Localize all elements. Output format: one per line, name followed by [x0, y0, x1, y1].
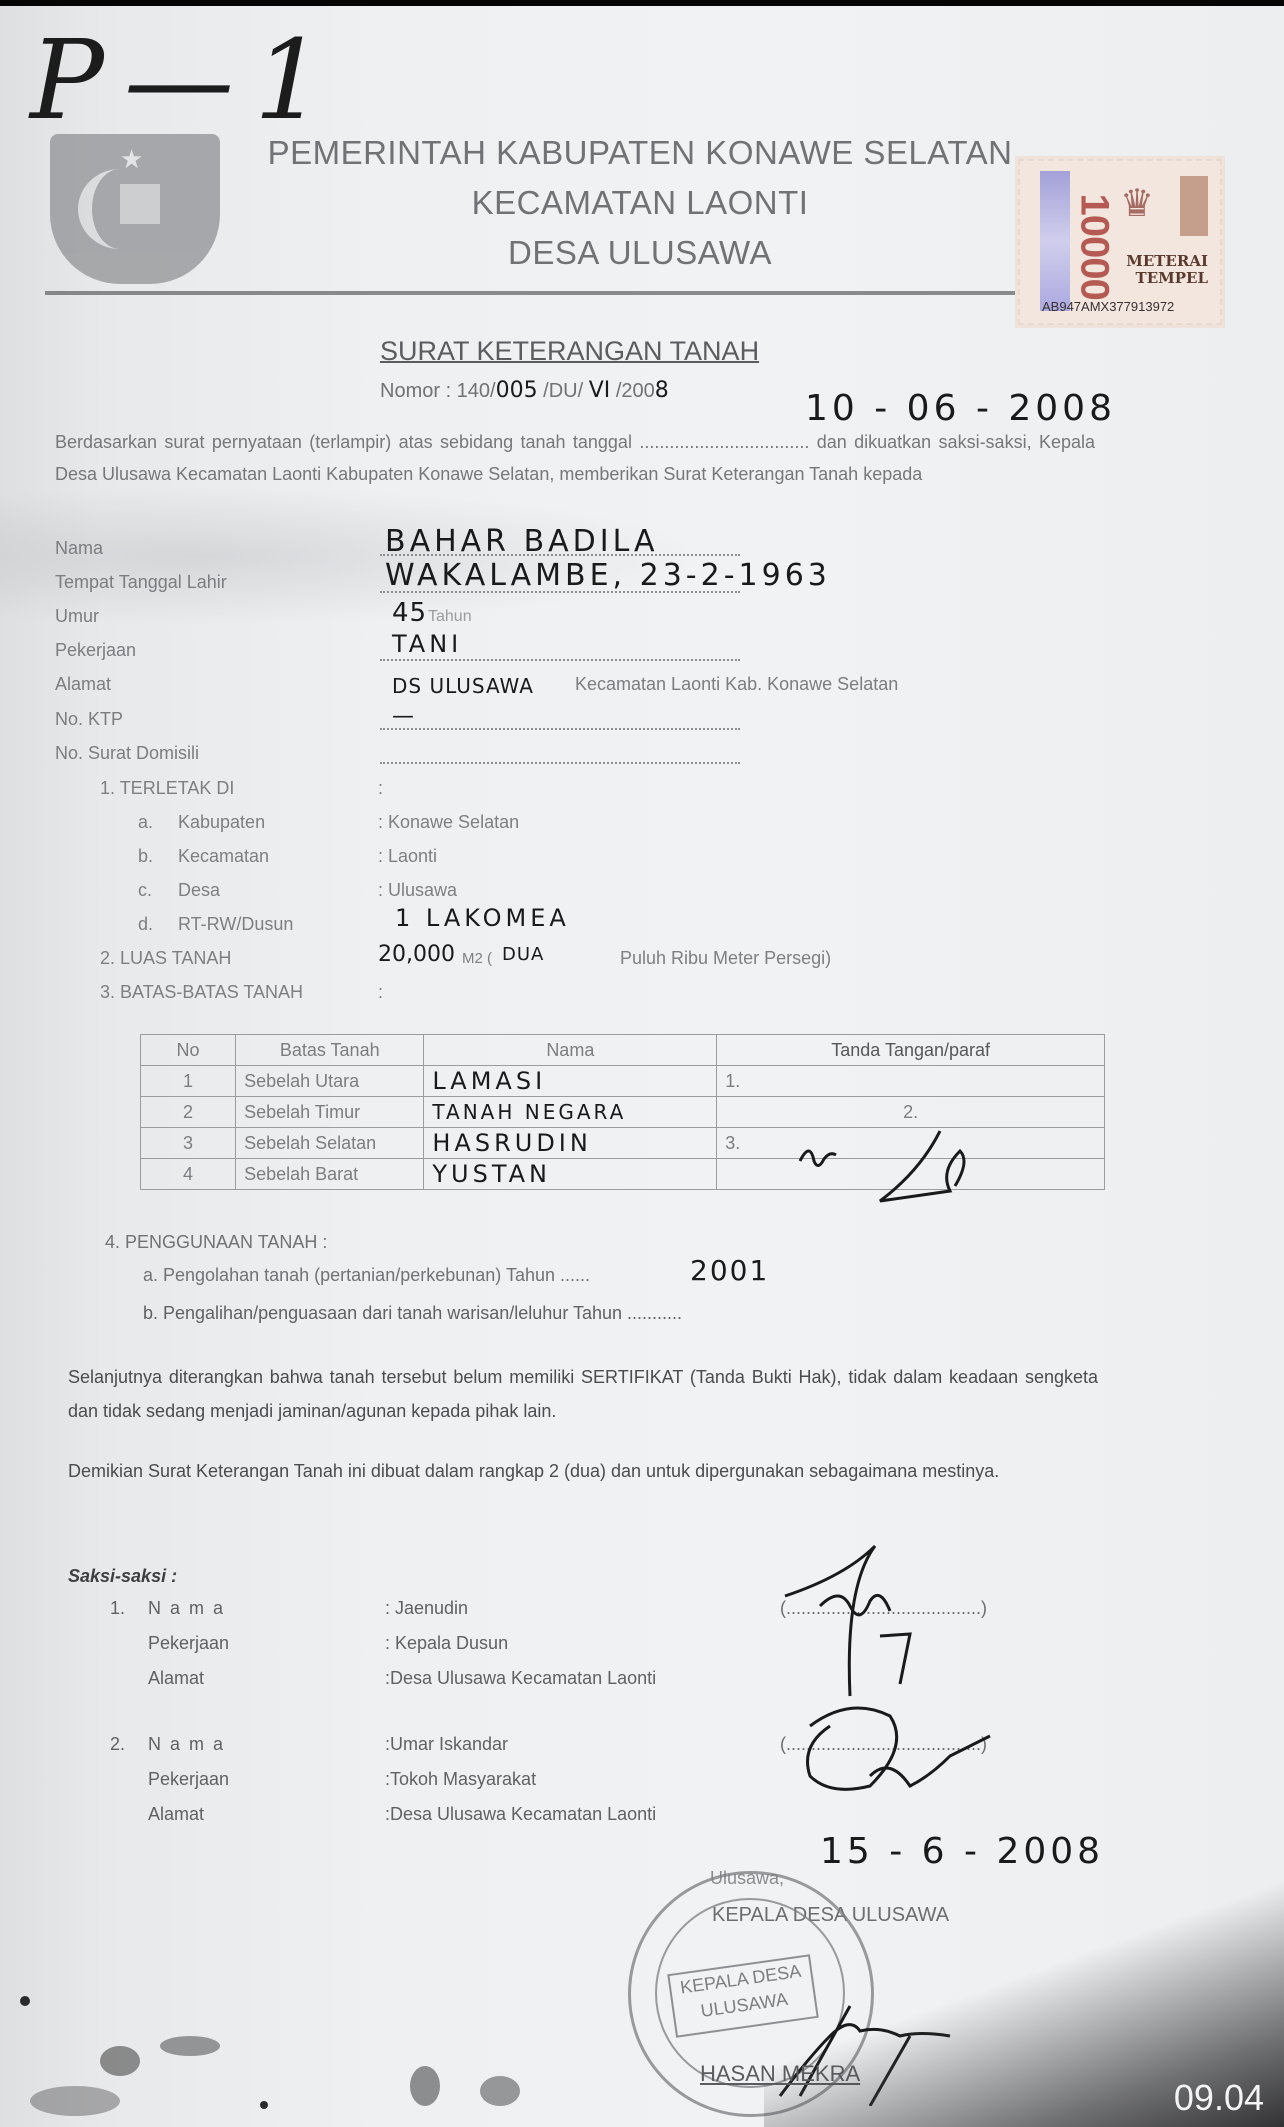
witness-2-job-label: Pekerjaan — [148, 1769, 229, 1790]
witness-1-address: :Desa Ulusawa Kecamatan Laonti — [385, 1668, 656, 1689]
number-printed-end: /200 — [610, 380, 654, 402]
label-pekerjaan: Pekerjaan — [55, 640, 136, 661]
closing-date: 15 - 6 - 2008 — [820, 1831, 1104, 1872]
letterhead-regency: PEMERINTAH KABUPATEN KONAWE SELATAN — [260, 134, 1020, 172]
letterhead-divider — [45, 291, 1025, 295]
smudge — [100, 2046, 140, 2076]
field-line — [380, 762, 740, 764]
alamat-suffix: Kecamatan Laonti Kab. Konawe Selatan — [575, 674, 898, 695]
label-nama: Nama — [55, 538, 103, 559]
cell-batas: Sebelah Selatan — [236, 1128, 424, 1159]
value-umur: 45 — [392, 598, 427, 628]
col-batas: Batas Tanah — [236, 1035, 424, 1066]
regency-coat-of-arms-icon: ★ — [50, 134, 220, 284]
value-pekerjaan: TANI — [392, 630, 462, 658]
letterhead-village: DESA ULUSAWA — [260, 234, 1020, 272]
stamp-value: 10000 — [1072, 194, 1117, 314]
boundaries-colon: : — [378, 982, 383, 1003]
location-colon: : — [378, 778, 383, 799]
certificate-statement: Selanjutnya diterangkan bahwa tanah ters… — [68, 1360, 1098, 1428]
cell-nama: TANAH NEGARA — [424, 1097, 717, 1128]
witness-1-name: : Jaenudin — [385, 1598, 468, 1619]
loc-label-kabupaten: Kabupaten — [178, 812, 265, 833]
witness-1-address-label: Alamat — [148, 1668, 204, 1689]
video-timestamp: 09.04 — [1174, 2077, 1264, 2119]
number-handwritten-3: 8 — [655, 378, 669, 403]
witness-1-job-label: Pekerjaan — [148, 1633, 229, 1654]
revenue-stamp: 10000 ♛ METERAI TEMPEL AB947AMX377913972 — [1018, 159, 1222, 325]
stamp-label: METERAI TEMPEL — [1126, 253, 1208, 287]
letterhead-district: KECAMATAN LAONTI — [260, 184, 1020, 222]
document-title: SURAT KETERANGAN TANAH — [380, 336, 759, 367]
cell-batas: Sebelah Timur — [236, 1097, 424, 1128]
stamp-decoration — [1180, 176, 1208, 236]
boundaries-heading: 3. BATAS-BATAS TANAH — [100, 982, 303, 1003]
field-line — [380, 728, 740, 730]
area-words-handwritten: DUA — [502, 944, 544, 965]
loc-key-c: c. — [138, 880, 152, 901]
stamp-label-line1: METERAI — [1126, 253, 1208, 270]
value-ktp: — — [392, 704, 418, 729]
cell-no: 3 — [141, 1128, 236, 1159]
area-value: 20,000 — [378, 942, 455, 967]
stamp-label-line2: TEMPEL — [1126, 270, 1208, 287]
number-handwritten-1: 005 — [496, 378, 538, 403]
cell-ttd: 1. — [717, 1066, 1105, 1097]
number-label: Nomor : 140/ — [380, 380, 496, 402]
location-heading: 1. TERLETAK DI — [100, 778, 234, 799]
field-line — [380, 659, 740, 661]
cell-nama: YUSTAN — [424, 1159, 717, 1190]
handwritten-statement-date: 10 - 06 - 2008 — [805, 388, 1116, 429]
usage-heading: 4. PENGGUNAAN TANAH : — [105, 1232, 327, 1253]
col-nama: Nama — [424, 1035, 717, 1066]
smudge — [410, 2066, 440, 2106]
area-heading: 2. LUAS TANAH — [100, 948, 231, 969]
smudge — [30, 2086, 120, 2116]
loc-key-b: b. — [138, 846, 153, 867]
number-handwritten-2: VI — [589, 378, 611, 403]
intro-paragraph: Berdasarkan surat pernyataan (terlampir)… — [55, 426, 1095, 490]
loc-value-kecamatan: : Laonti — [378, 846, 437, 867]
witness-1-name-label: N a m a — [148, 1598, 225, 1619]
col-ttd: Tanda Tangan/paraf — [717, 1035, 1105, 1066]
loc-key-a: a. — [138, 812, 153, 833]
witness-2-address-label: Alamat — [148, 1804, 204, 1825]
smudge — [160, 2036, 220, 2056]
loc-value-dusun: 1 LAKOMEA — [395, 904, 570, 932]
witness-2-name-label: N a m a — [148, 1734, 225, 1755]
witness-2-name: :Umar Iskandar — [385, 1734, 508, 1755]
label-alamat: Alamat — [55, 674, 111, 695]
table-header-row: No Batas Tanah Nama Tanda Tangan/paraf — [141, 1035, 1105, 1066]
cell-nama: HASRUDIN — [424, 1128, 717, 1159]
witness-2-job: :Tokoh Masyarakat — [385, 1769, 536, 1790]
witness-1-number: 1. — [110, 1598, 125, 1619]
document-page: P—1 ★ PEMERINTAH KABUPATEN KONAWE SELATA… — [0, 6, 1284, 2127]
cell-no: 2 — [141, 1097, 236, 1128]
area-words-suffix: Puluh Ribu Meter Persegi) — [620, 948, 831, 969]
label-ktp: No. KTP — [55, 709, 123, 730]
value-alamat: DS ULUSAWA — [392, 674, 534, 698]
cell-batas: Sebelah Utara — [236, 1066, 424, 1097]
cell-no: 4 — [141, 1159, 236, 1190]
handwritten-exhibit-mark: P—1 — [30, 16, 344, 144]
witness-2-address: :Desa Ulusawa Kecamatan Laonti — [385, 1804, 656, 1825]
umur-suffix: Tahun — [428, 608, 472, 626]
col-no: No — [141, 1035, 236, 1066]
value-nama: BAHAR BADILA — [385, 524, 659, 559]
label-umur: Umur — [55, 606, 99, 627]
cell-nama: LAMASI — [424, 1066, 717, 1097]
loc-value-desa: : Ulusawa — [378, 880, 457, 901]
label-ttl: Tempat Tanggal Lahir — [55, 572, 227, 593]
loc-key-d: d. — [138, 914, 153, 935]
closing-statement: Demikian Surat Keterangan Tanah ini dibu… — [68, 1454, 1098, 1488]
cell-batas: Sebelah Barat — [236, 1159, 424, 1190]
loc-label-dusun: RT-RW/Dusun — [178, 914, 293, 935]
usage-a: a. Pengolahan tanah (pertanian/perkebuna… — [143, 1265, 590, 1286]
value-ttl: WAKALAMBE, 23-2-1963 — [385, 558, 831, 593]
witness-signatures — [770, 1536, 1070, 1836]
document-number: Nomor : 140/005 /DU/ VI /2008 — [380, 378, 669, 403]
hologram-strip — [1040, 171, 1070, 311]
smudge — [480, 2076, 520, 2106]
witness-1-job: : Kepala Dusun — [385, 1633, 508, 1654]
number-printed-mid: /DU/ — [538, 380, 589, 402]
usage-a-year: 2001 — [690, 1254, 769, 1287]
smudge — [20, 1996, 30, 2006]
witness-2-number: 2. — [110, 1734, 125, 1755]
loc-label-kecamatan: Kecamatan — [178, 846, 269, 867]
table-row: 1 Sebelah Utara LAMASI 1. — [141, 1066, 1105, 1097]
usage-b: b. Pengalihan/penguasaan dari tanah wari… — [143, 1303, 682, 1324]
smudge — [260, 2101, 268, 2109]
loc-label-desa: Desa — [178, 880, 220, 901]
area-unit: M2 ( — [462, 950, 492, 967]
witnesses-heading: Saksi-saksi : — [68, 1566, 177, 1587]
stamp-serial: AB947AMX377913972 — [1042, 299, 1174, 314]
neighbor-signatures — [790, 1121, 1010, 1221]
label-domisili: No. Surat Domisili — [55, 743, 199, 764]
garuda-icon: ♛ — [1120, 181, 1154, 226]
loc-value-kabupaten: : Konawe Selatan — [378, 812, 519, 833]
cell-no: 1 — [141, 1066, 236, 1097]
